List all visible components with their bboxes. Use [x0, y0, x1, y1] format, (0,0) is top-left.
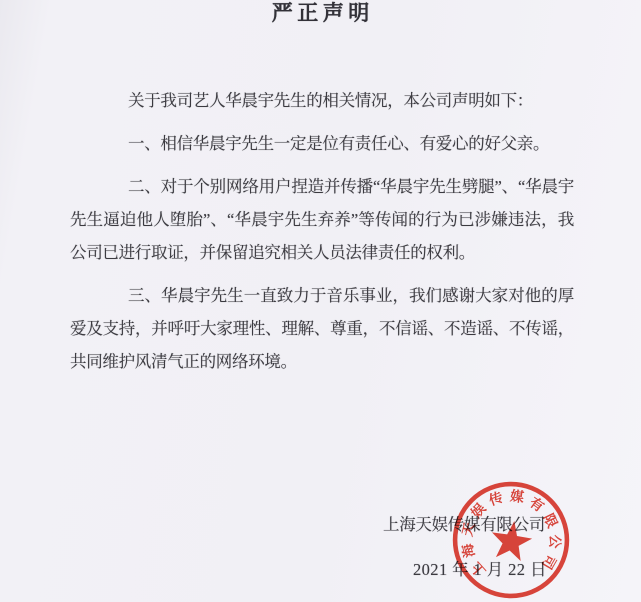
seal-char: 限 — [541, 511, 561, 530]
statement-paragraph-2: 二、对于个别网络用户捏造并传播“华晨宇先生劈腿”、“华晨宇先生逼迫他人堕胎”、“… — [70, 170, 574, 269]
seal-char: 海 — [459, 542, 478, 559]
statement-body: 关于我司艺人华晨宇先生的相关情况，本公司声明如下： 一、相信华晨宇先生一定是位有… — [70, 84, 574, 388]
statement-title: 严正声明 — [0, 0, 641, 27]
seal-char: 传 — [486, 489, 506, 509]
seal-char: 媒 — [509, 487, 525, 505]
statement-paragraph-1: 一、相信华晨宇先生一定是位有责任心、有爱心的好父亲。 — [70, 127, 574, 160]
statement-paragraph-3: 三、华晨宇先生一直致力于音乐事业，我们感谢大家对他的厚爱及支持，并呼吁大家理性、… — [70, 279, 574, 378]
company-seal-stamp: 上 海 天 娱 传 媒 有 限 公 司 — [450, 479, 572, 601]
seal-char: 天 — [460, 521, 478, 538]
seal-char: 公 — [547, 534, 562, 549]
statement-intro-paragraph: 关于我司艺人华晨宇先生的相关情况，本公司声明如下： — [70, 84, 574, 117]
seal-star-icon — [488, 518, 534, 563]
scanned-statement-page: 严正声明 关于我司艺人华晨宇先生的相关情况，本公司声明如下： 一、相信华晨宇先生… — [0, 0, 641, 602]
